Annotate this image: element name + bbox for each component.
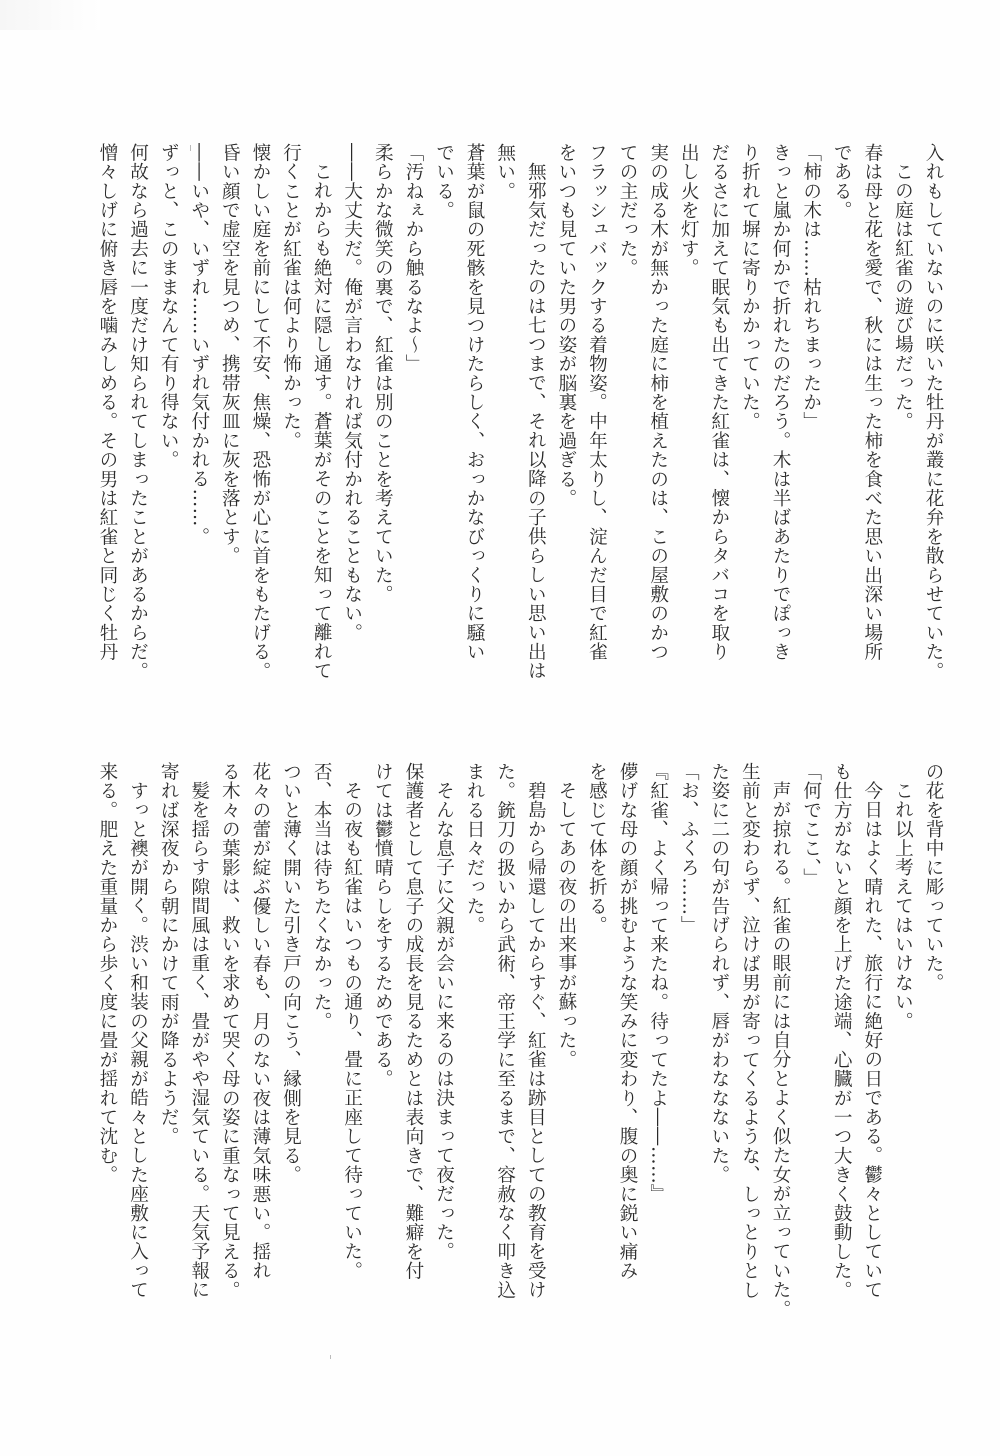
text-column: の花を背中に彫っていた。 [917, 762, 948, 1328]
text-column: をいつも見ていた男の姿が脳裏を過ぎる。 [550, 143, 581, 709]
scan-speck [190, 145, 191, 151]
text-column: 「汚ねぇから触るなよ～」 [397, 143, 428, 709]
scanned-novel-page: 入れもしていないのに咲いた牡丹が叢に花弁を散らせていた。この庭は紅雀の遊び場だっ… [0, 0, 1000, 1456]
text-column: も仕方がないと顔を上げた途端、心臓が一つ大きく鼓動した。 [826, 762, 857, 1328]
text-column: 無い。 [489, 143, 520, 709]
text-column: 何故なら過去に一度だけ知られてしまったことがあるからだ。 [122, 143, 153, 709]
text-column: 来る。肥えた重量から歩く度に畳が揺れて沈む。 [91, 762, 122, 1328]
text-column: すっと襖が開く。渋い和装の父親が皓々とした座敷に入って [122, 762, 153, 1328]
text-column: フラッシュバックする着物姿。中年太りし、淀んだ目で紅雀 [581, 143, 612, 709]
lower-text-block: の花を背中に彫っていた。これ以上考えてはいけない。今日はよく晴れた、旅行に絶好の… [58, 762, 948, 1328]
text-column: 否、本当は待ちたくなかった。 [306, 762, 337, 1328]
text-column: 髪を揺らす隙間風は重く、畳がやや湿気ている。天気予報に [183, 762, 214, 1328]
text-column: 蒼葉が鼠の死骸を見つけたらしく、おっかなびっくりに騒い [459, 143, 490, 709]
upper-text-block: 入れもしていないのに咲いた牡丹が叢に花弁を散らせていた。この庭は紅雀の遊び場だっ… [58, 143, 948, 709]
text-column: り折れて塀に寄りかかっていた。 [734, 143, 765, 709]
text-column: 花々の蕾が綻ぶ優しい春も、月のない夜は薄気味悪い。揺れ [244, 762, 275, 1328]
text-column: でいる。 [428, 143, 459, 709]
text-column: た姿に二の句が告げられず、唇がわななないた。 [703, 762, 734, 1328]
text-column: これからも絶対に隠し通す。蒼葉がそのことを知って離れて [306, 143, 337, 709]
scan-speck [330, 1355, 331, 1359]
text-column: この庭は紅雀の遊び場だった。 [887, 143, 918, 709]
text-column: ――いや、いずれ……いずれ気付かれる……。 [183, 143, 214, 709]
text-column: 入れもしていないのに咲いた牡丹が叢に花弁を散らせていた。 [917, 143, 948, 709]
text-column: ずっと、このままなんて有り得ない。 [153, 143, 184, 709]
text-column: 声が掠れる。紅雀の眼前には自分とよく似た女が立っていた。 [764, 762, 795, 1328]
text-column: ての主だった。 [611, 143, 642, 709]
text-column: そしてあの夜の出来事が蘇った。 [550, 762, 581, 1328]
text-column: 今日はよく晴れた、旅行に絶好の日である。鬱々としていて [856, 762, 887, 1328]
text-column: まれる日々だった。 [459, 762, 490, 1328]
text-column: 春は母と花を愛で、秋には生った柿を食べた思い出深い場所 [856, 143, 887, 709]
text-column: 昏い顔で虚空を見つめ、携帯灰皿に灰を落とす。 [214, 143, 245, 709]
text-column: ――大丈夫だ。俺が言わなければ気付かれることもない。 [336, 143, 367, 709]
text-column: 寄れば深夜から朝にかけて雨が降るようだ。 [153, 762, 184, 1328]
text-column: る木々の葉影は、救いを求めて哭く母の姿に重なって見える。 [214, 762, 245, 1328]
text-column: 儚げな母の顔が挑むような笑みに変わり、腹の奥に鋭い痛み [611, 762, 642, 1328]
scan-edge-artifact [0, 0, 100, 30]
text-column: 懐かしい庭を前にして不安、焦燥、恐怖が心に首をもたげる。 [244, 143, 275, 709]
text-column: その夜も紅雀はいつもの通り、畳に正座して待っていた。 [336, 762, 367, 1328]
text-column: 碧島から帰還してからすぐ、紅雀は跡目としての教育を受け [520, 762, 551, 1328]
text-column: けては鬱憤晴らしをするためである。 [367, 762, 398, 1328]
text-column: 実の成る木が無かった庭に柿を植えたのは、この屋敷のかつ [642, 143, 673, 709]
text-column: である。 [826, 143, 857, 709]
text-column: 柔らかな微笑の裏で、紅雀は別のことを考えていた。 [367, 143, 398, 709]
text-column: 行くことが紅雀は何より怖かった。 [275, 143, 306, 709]
text-column: 生前と変わらず、泣けば男が寄ってくるような、しっとりとし [734, 762, 765, 1328]
text-column: 「柿の木は……枯れちまったか」 [795, 143, 826, 709]
text-column: ついと薄く開いた引き戸の向こう、縁側を見る。 [275, 762, 306, 1328]
text-column: 無邪気だったのは七つまで、それ以降の子供らしい思い出は [520, 143, 551, 709]
text-column: 保護者として息子の成長を見るためとは表向きで、難癖を付 [397, 762, 428, 1328]
text-column: 「お、ふくろ……」 [673, 762, 704, 1328]
text-column: きっと嵐か何かで折れたのだろう。木は半ばあたりでぽっき [764, 143, 795, 709]
text-column: 『紅雀、よく帰って来たね。待ってたよ――……』 [642, 762, 673, 1328]
text-column: た。銃刀の扱いから武術、帝王学に至るまで、容赦なく叩き込 [489, 762, 520, 1328]
text-column: 出し火を灯す。 [673, 143, 704, 709]
text-column: そんな息子に父親が会いに来るのは決まって夜だった。 [428, 762, 459, 1328]
text-column: これ以上考えてはいけない。 [887, 762, 918, 1328]
text-column: 「何でここ、」 [795, 762, 826, 1328]
text-column: 憎々しげに俯き唇を噛みしめる。その男は紅雀と同じく牡丹 [91, 143, 122, 709]
text-column: を感じて体を折る。 [581, 762, 612, 1328]
text-column: だるさに加えて眠気も出てきた紅雀は、懐からタバコを取り [703, 143, 734, 709]
